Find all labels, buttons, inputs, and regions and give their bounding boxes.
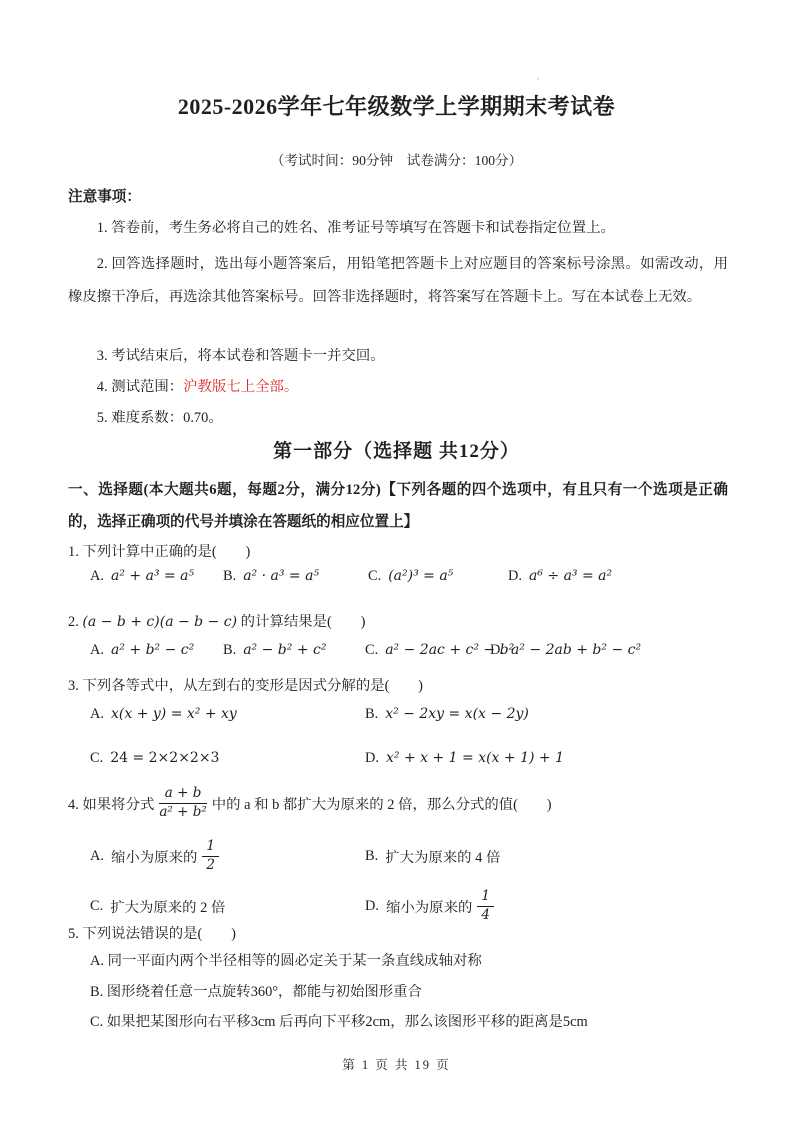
- question-5-stem: 5. 下列说法错误的是( ): [68, 922, 728, 943]
- question-1-stem: 1. 下列计算中正确的是( ): [68, 540, 728, 561]
- notice-item-4-label: 4. 测试范围：: [97, 379, 183, 395]
- question-2-stem: 2. (a − b + c)(a − b − c) 的计算结果是( ): [68, 610, 728, 631]
- question-5-option-b: B. 图形绕着任意一点旋转360°，都能与初始图形重合: [90, 980, 730, 1001]
- question-1-option-c: C.(a²)³ = a⁵: [368, 568, 453, 585]
- question-4-option-a-fraction: 12: [202, 839, 219, 873]
- question-4-option-d-fraction: 14: [477, 889, 494, 923]
- notice-item-2: 2. 回答选择题时，选出每小题答案后，用铅笔把答题卡上对应题目的答案标号涂黑。如…: [68, 248, 728, 314]
- question-4-fraction: a + ba² + b²: [159, 786, 206, 820]
- question-4-stem: 4. 如果将分式 a + ba² + b² 中的 a 和 b 都扩大为原来的 2…: [68, 779, 728, 827]
- exam-info-line: （考试时间：90分钟 试卷满分：100分）: [0, 149, 793, 169]
- page-title: 2025-2026学年七年级数学上学期期末考试卷: [0, 90, 793, 121]
- question-5-option-c: C. 如果把某图形向右平移3cm 后再向下平移2cm，那么该图形平移的距离是5c…: [90, 1010, 730, 1031]
- question-1-options: A.a² + a³ = a⁵ B.a² · a³ = a⁵ C.(a²)³ = …: [68, 568, 728, 598]
- notice-heading: 注意事项：: [68, 185, 728, 206]
- exam-page: ’ 2025-2026学年七年级数学上学期期末考试卷 （考试时间：90分钟 试卷…: [0, 0, 793, 1122]
- notice-item-4: 4. 测试范围：沪教版七上全部。: [68, 375, 728, 396]
- question-3-option-c: C.24 = 2×2×2×3: [90, 750, 219, 767]
- question-2-option-b: B.a² − b² + c²: [223, 642, 326, 659]
- question-4-option-b: B.扩大为原来的 4 倍: [365, 831, 500, 881]
- question-2-option-a: A.a² + b² − c²: [90, 642, 194, 659]
- question-3-option-a: A.x(x + y) = x² + xy: [90, 706, 237, 723]
- question-3-option-b: B.x² − 2xy = x(x − 2y): [365, 706, 529, 723]
- question-3-stem: 3. 下列各等式中，从左到右的变形是因式分解的是( ): [68, 674, 728, 695]
- notice-item-3: 3. 考试结束后，将本试卷和答题卡一并交回。: [68, 344, 728, 365]
- question-3-options-row-2: C.24 = 2×2×2×3 D.x² + x + 1 = x(x + 1) +…: [68, 750, 728, 782]
- question-3-option-d: D.x² + x + 1 = x(x + 1) + 1: [365, 750, 564, 767]
- question-1-option-a: A.a² + a³ = a⁵: [90, 568, 194, 585]
- question-4-option-a: A.缩小为原来的12: [90, 831, 224, 881]
- question-1-option-b: B.a² · a³ = a⁵: [223, 568, 319, 585]
- notice-item-1: 1. 答卷前，考生务必将自己的姓名、准考证号等填写在答题卡和试卷指定位置上。: [68, 216, 728, 237]
- question-2-options: A.a² + b² − c² B.a² − b² + c² C.a² − 2ac…: [68, 642, 728, 672]
- notice-item-4-scope: 沪教版七上全部。: [183, 379, 298, 395]
- question-1-option-d: D.a⁶ ÷ a³ = a²: [508, 568, 612, 585]
- section-1-heading: 第一部分（选择题 共12分）: [0, 436, 793, 463]
- question-3-options-row-1: A.x(x + y) = x² + xy B.x² − 2xy = x(x − …: [68, 706, 728, 738]
- question-4-options-row-1: A.缩小为原来的12 B.扩大为原来的 4 倍: [68, 831, 728, 881]
- question-2-option-d: D.a² − 2ab + b² − c²: [490, 642, 641, 659]
- page-number-footer: 第 1 页 共 19 页: [0, 1055, 793, 1073]
- question-5-option-a: A. 同一平面内两个半径相等的圆必定关于某一条直线成轴对称: [90, 949, 730, 970]
- section-1-directions: 一、选择题(本大题共6题，每题2分，满分12分)【下列各题的四个选项中，有且只有…: [68, 474, 728, 538]
- notice-item-5: 5. 难度系数：0.70。: [68, 406, 728, 427]
- scan-artifact-mark: ’: [536, 74, 540, 89]
